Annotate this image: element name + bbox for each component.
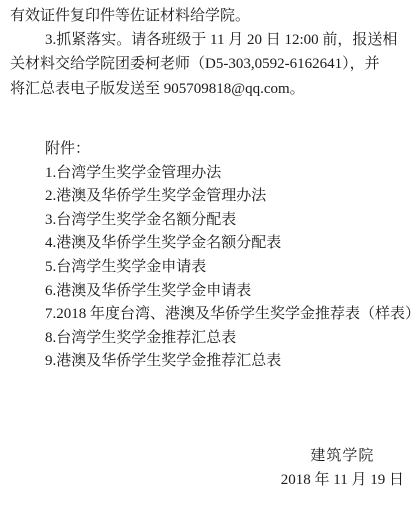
body-line-4: 将汇总表电子版发送至 905709818@qq.com。 (10, 77, 416, 101)
attachment-item-1: 1.台湾学生奖学金管理办法 (45, 162, 416, 186)
attachment-item-9: 9.港澳及华侨学生奖学金推荐汇总表 (45, 350, 416, 374)
body-line-1: 有效证件复印件等佐证材料给学院。 (10, 4, 416, 28)
body-line-3: 关材料交给学院团委柯老师（D5-303,0592-6162641），并 (10, 52, 416, 76)
attachment-item-5: 5.台湾学生奖学金申请表 (45, 256, 416, 280)
attachment-item-7: 7.2018 年度台湾、港澳及华侨学生奖学金推荐表（样表） (45, 303, 416, 327)
attachment-item-2: 2.港澳及华侨学生奖学金管理办法 (45, 185, 416, 209)
attachment-item-8: 8.台湾学生奖学金推荐汇总表 (45, 327, 416, 351)
body-paragraph: 有效证件复印件等佐证材料给学院。 3.抓紧落实。请各班级于 11 月 20 日 … (10, 4, 416, 101)
document-page: 有效证件复印件等佐证材料给学院。 3.抓紧落实。请各班级于 11 月 20 日 … (0, 0, 420, 505)
body-line-2: 3.抓紧落实。请各班级于 11 月 20 日 12:00 前，报送相 (10, 28, 416, 52)
attachment-item-4: 4.港澳及华侨学生奖学金名额分配表 (45, 232, 416, 256)
attachment-item-3: 3.台湾学生奖学金名额分配表 (45, 209, 416, 233)
attachment-item-6: 6.港澳及华侨学生奖学金申请表 (45, 280, 416, 304)
attachments-section: 附件： 1.台湾学生奖学金管理办法 2.港澳及华侨学生奖学金管理办法 3.台湾学… (45, 138, 416, 374)
signature-organization: 建筑学院 (281, 445, 404, 469)
signature-block: 建筑学院 2018 年 11 月 19 日 (281, 445, 404, 492)
attachments-label: 附件： (45, 138, 416, 162)
signature-date: 2018 年 11 月 19 日 (281, 469, 404, 493)
